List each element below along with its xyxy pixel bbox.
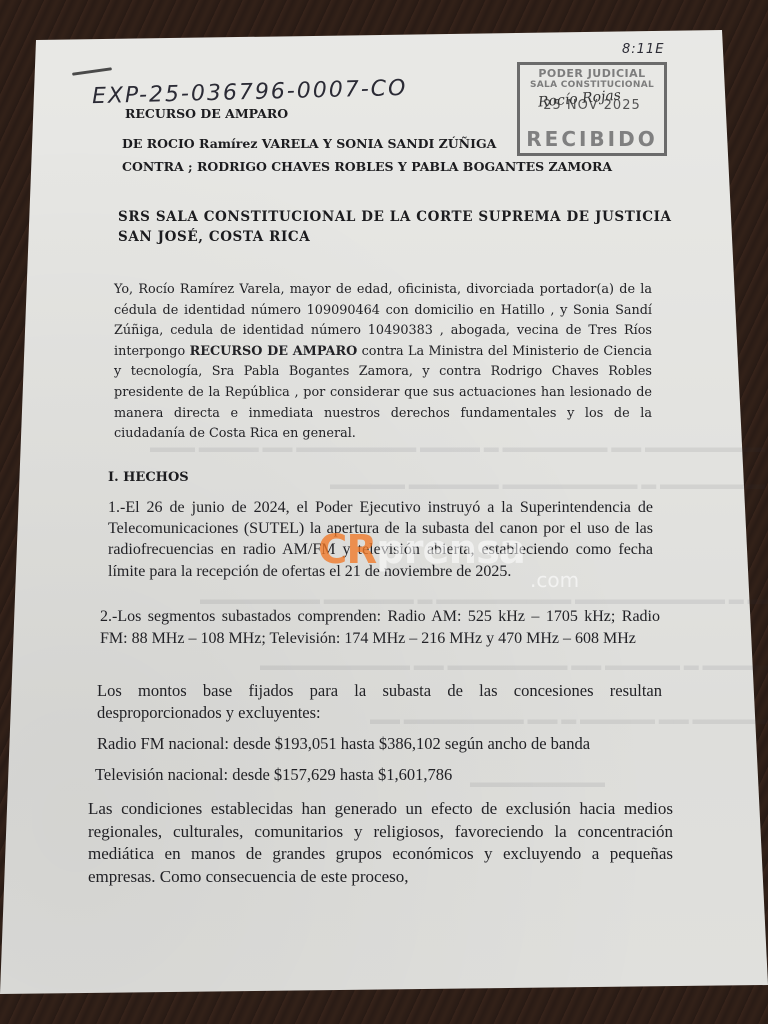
- defendants-line: CONTRA ; RODRIGO CHAVES ROBLES Y PABLA B…: [122, 159, 612, 174]
- received-stamp: PODER JUDICIAL SALA CONSTITUCIONAL Rocío…: [517, 62, 667, 156]
- section-heading-hechos: I. HECHOS: [108, 470, 189, 485]
- fact-1-paragraph: 1.-El 26 de junio de 2024, el Poder Ejec…: [108, 497, 653, 582]
- stamp-chamber: SALA CONSTITUCIONAL: [520, 80, 664, 90]
- stamp-status: RECIBIDO: [520, 127, 664, 151]
- amounts-intro-paragraph: Los montos base fijados para la subasta …: [97, 680, 662, 724]
- conditions-paragraph: Las condiciones establecidas han generad…: [88, 798, 673, 889]
- fact-2-paragraph: 2.-Los segmentos subastados comprenden: …: [100, 606, 660, 650]
- addressee-location: SAN JOSÉ, COSTA RICA: [118, 229, 310, 245]
- intro-bold-recurso: RECURSO DE AMPARO: [190, 344, 358, 359]
- handwritten-time-note: 8:11E: [622, 42, 664, 57]
- stamp-institution: PODER JUDICIAL: [520, 67, 664, 80]
- radio-fm-amount-line: Radio FM nacional: desde $193,051 hasta …: [97, 734, 697, 754]
- tv-amount-line: Televisión nacional: desde $157,629 hast…: [95, 765, 695, 785]
- plaintiffs-line: DE ROCIO Ramírez VARELA Y SONIA SANDI ZÚ…: [122, 136, 496, 151]
- addressee-line: SRS SALA CONSTITUCIONAL DE LA CORTE SUPR…: [118, 209, 672, 225]
- intro-paragraph: Yo, Rocío Ramírez Varela, mayor de edad,…: [114, 280, 652, 445]
- document-title: RECURSO DE AMPARO: [125, 106, 288, 121]
